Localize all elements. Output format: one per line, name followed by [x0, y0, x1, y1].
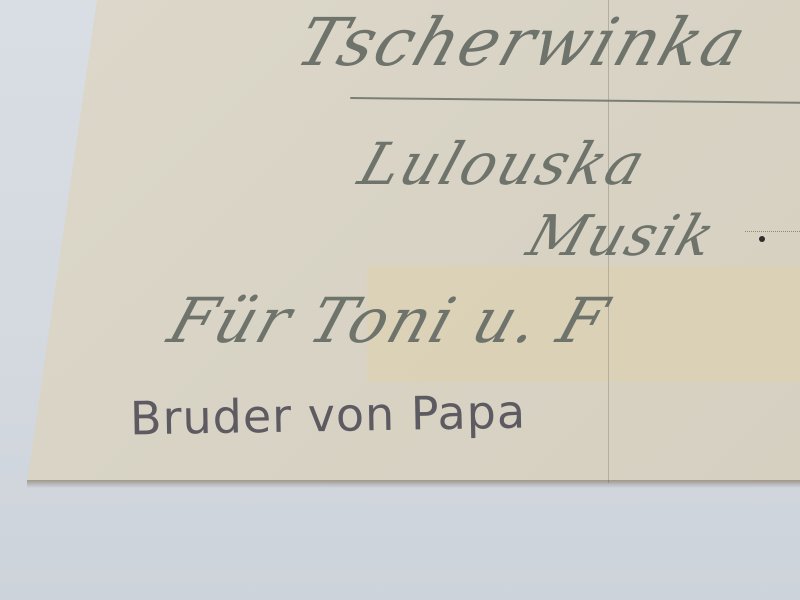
- handwriting-line-2: Lulouska: [351, 130, 655, 198]
- handwriting-dedication: Für Toni u. F: [160, 284, 618, 357]
- pencil-annotation: Bruder von Papa: [130, 385, 527, 446]
- handwriting-line-name: Tscherwinka: [287, 4, 757, 81]
- handwriting-line-3: Musik: [519, 204, 724, 269]
- underline-stroke: [350, 97, 800, 104]
- dotted-line: [745, 231, 800, 232]
- paper-card: Tscherwinka Lulouska Musik Für Toni u. F…: [0, 0, 800, 483]
- ink-dot: [759, 236, 765, 242]
- paper-shadow: [27, 480, 800, 488]
